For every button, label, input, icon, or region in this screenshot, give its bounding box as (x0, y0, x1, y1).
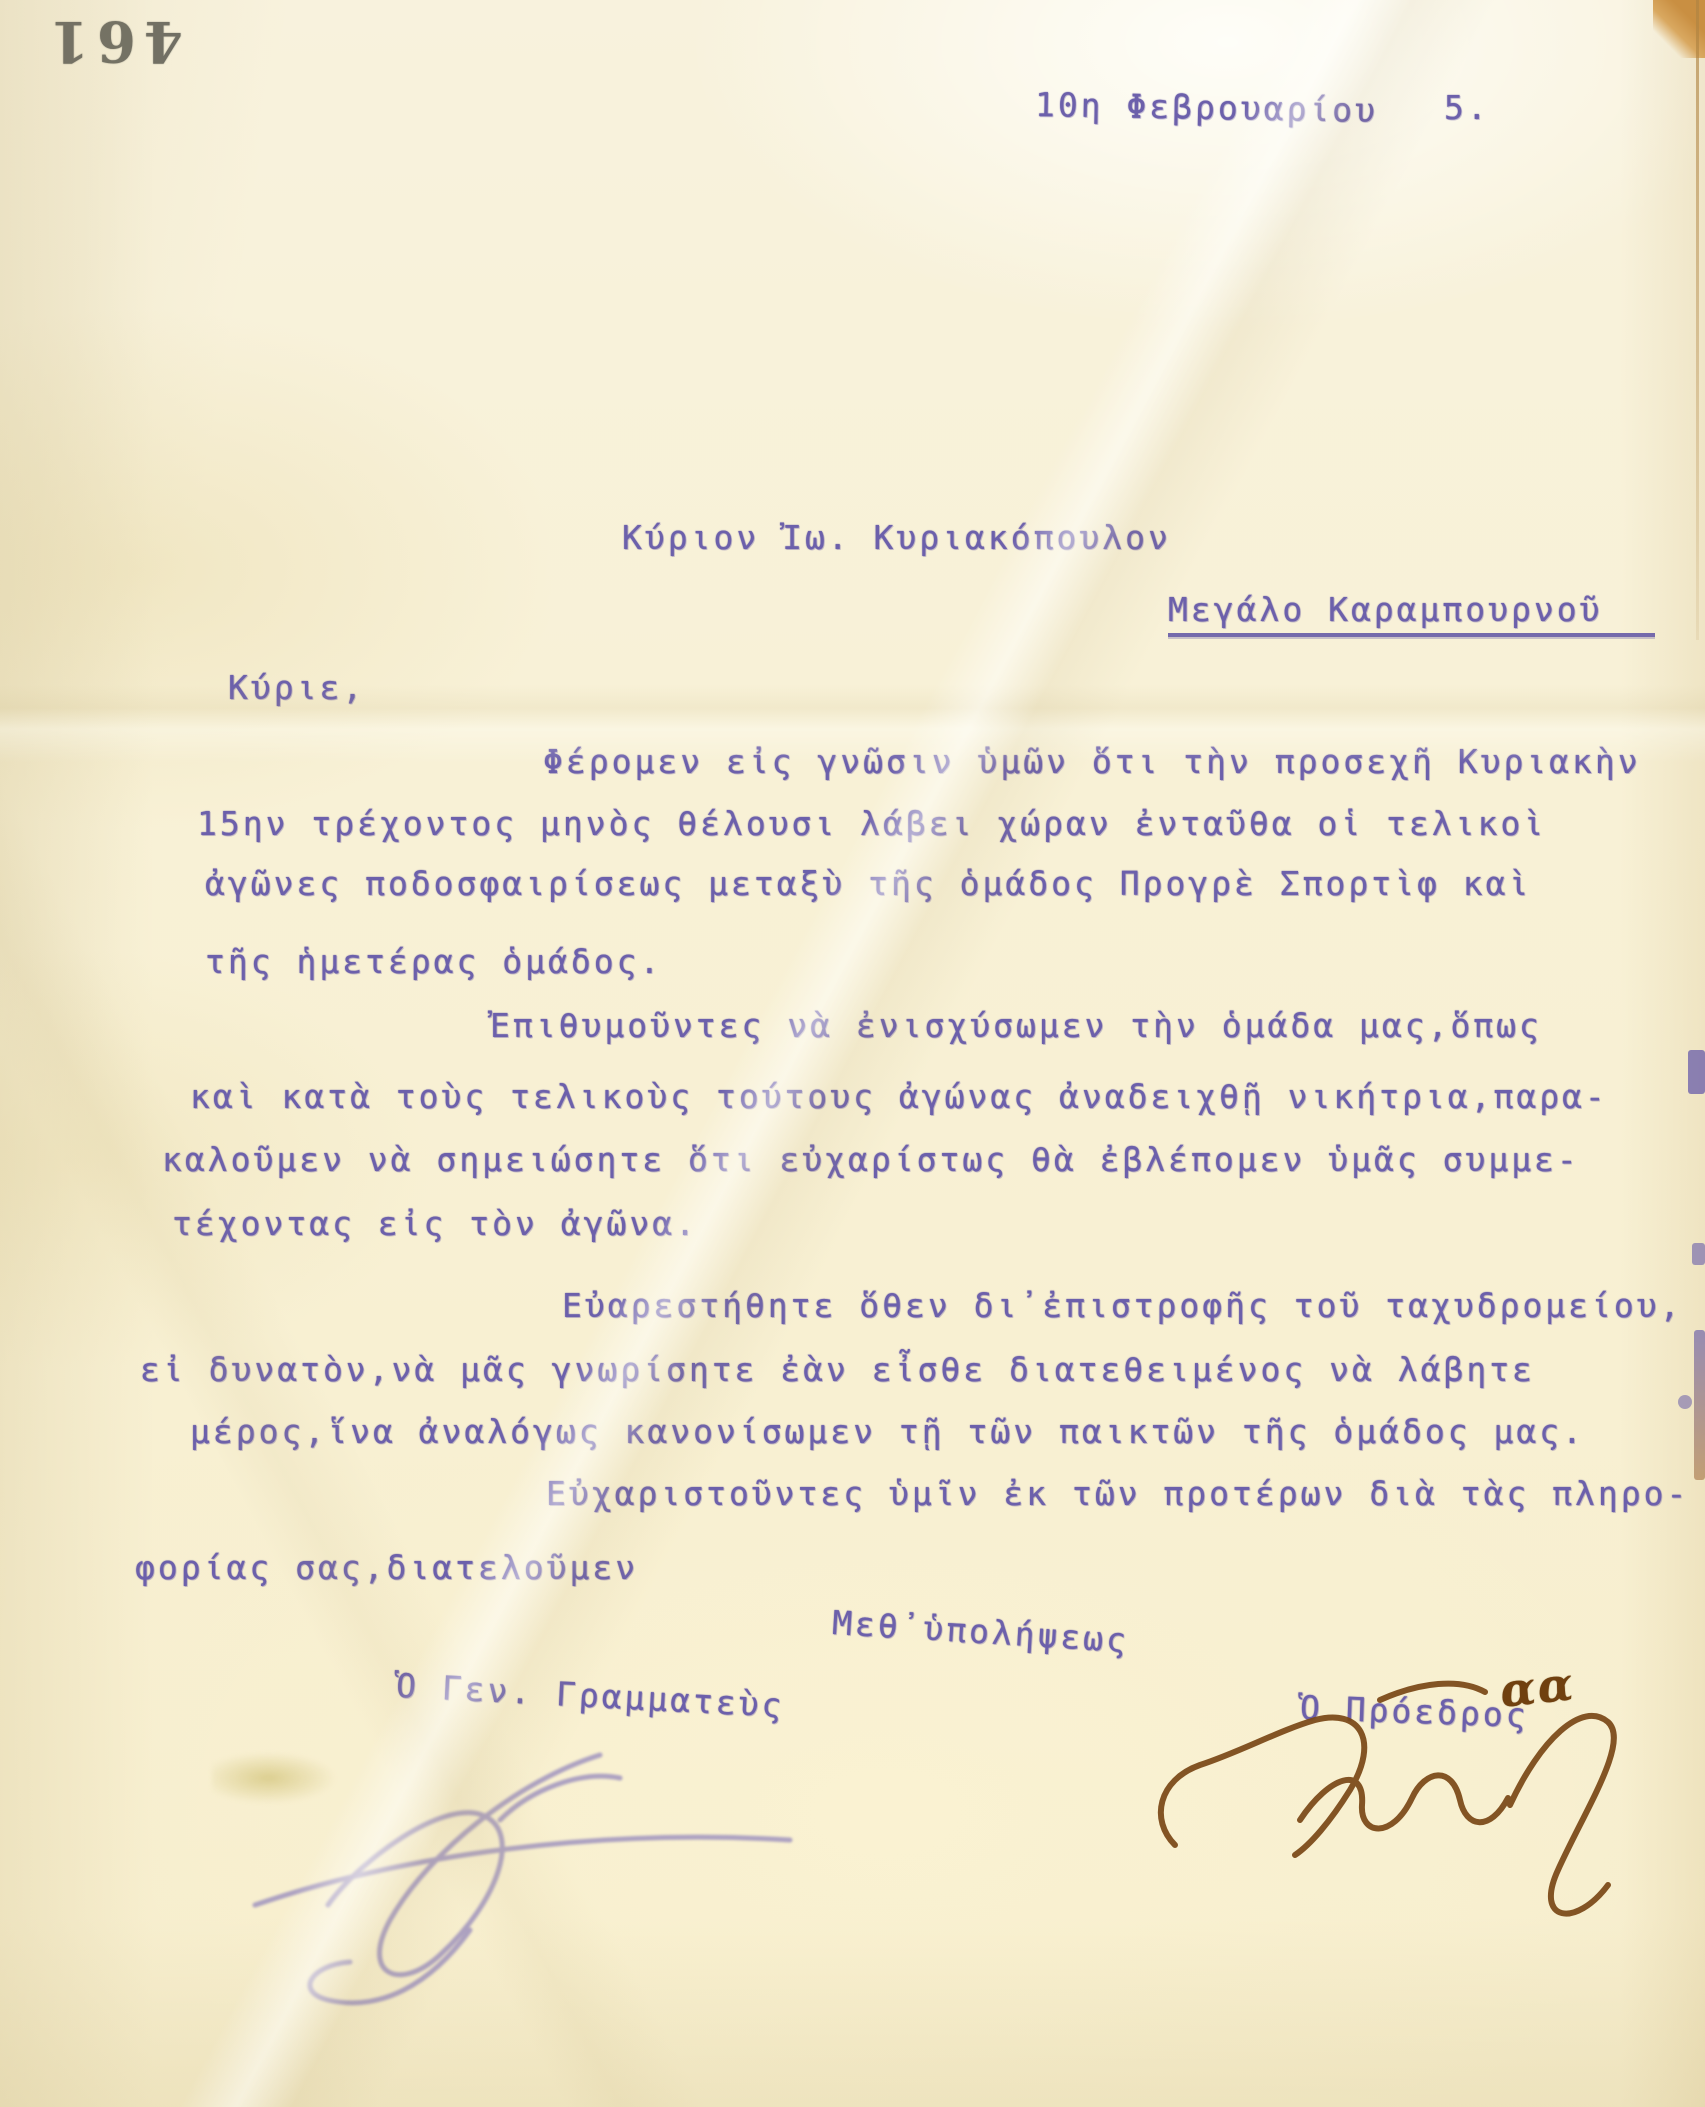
body-line: καὶ κατὰ τοὺς τελικοὺς τούτους ἀγώνας ἀν… (190, 1077, 1608, 1116)
body-line: Εὐαρεστήθητε ὅθεν δι᾽ἐπιστροφῆς τοῦ ταχυ… (562, 1286, 1683, 1325)
edge-ink-mark (1688, 1050, 1705, 1094)
ink-smudge (212, 1752, 337, 1804)
body-line: Εὐχαριστοῦντες ὑμῖν ἐκ τῶν προτέρων διὰ … (546, 1474, 1689, 1513)
body-line: ἀγῶνες ποδοσφαιρίσεως μεταξὺ τῆς ὁμάδος … (205, 864, 1531, 903)
body-line: τέχοντας εἰς τὸν ἀγῶνα. (172, 1204, 698, 1243)
salutation: Κύριε, (228, 668, 365, 707)
body-line: φορίας σας,διατελοῦμεν (135, 1548, 638, 1587)
president-title: Ὁ Πρόεδρος (1299, 1688, 1529, 1735)
body-line: καλοῦμεν νὰ σημειώσητε ὅτι εὐχαρίστως θὰ… (162, 1140, 1580, 1179)
edge-ink-mark (1692, 1243, 1705, 1265)
body-line: 15ην τρέχοντος μηνὸς θέλουσι λάβει χώραν… (197, 804, 1546, 843)
page-corner-edge (1653, 0, 1705, 58)
closing-phrase: Μεθ᾽ὑπολήψεως (831, 1603, 1130, 1660)
secretary-title: Ὁ Γεν. Γραμματεὺς (395, 1666, 785, 1725)
secretary-signature (200, 1700, 850, 2060)
page-right-edge (1696, 0, 1699, 640)
letter-scan-page: 461 10η Φεβρουαρίου 5. Κύριον Ἰω. Κυριακ… (0, 0, 1705, 2107)
date-year: 5. (1444, 88, 1490, 127)
handwritten-note: αα (1497, 1656, 1577, 1718)
body-line: μέρος,ἵνα ἀναλόγως κανονίσωμεν τῇ τῶν πα… (190, 1412, 1585, 1451)
body-line: τῆς ἡμετέρας ὁμάδος. (205, 942, 662, 981)
edge-ink-mark (1678, 1395, 1692, 1409)
archive-number-stamp: 461 (42, 8, 183, 74)
recipient-location: Μεγάλο Καραμπουρνοῦ (1168, 590, 1655, 637)
date-line: 10η Φεβρουαρίου (1035, 85, 1379, 130)
edge-ink-mark (1694, 1330, 1705, 1480)
body-line: εἰ δυνατὸν,νὰ μᾶς γνωρίσητε ἐὰν εἶσθε δι… (140, 1350, 1535, 1389)
recipient-name: Κύριον Ἰω. Κυριακόπουλον (622, 518, 1171, 557)
body-line: Ἐπιθυμοῦντες νὰ ἐνισχύσωμεν τὴν ὁμάδα μα… (490, 1006, 1542, 1045)
body-line: Φέρομεν εἰς γνῶσιν ὑμῶν ὅτι τὴν προσεχῆ … (543, 742, 1641, 781)
